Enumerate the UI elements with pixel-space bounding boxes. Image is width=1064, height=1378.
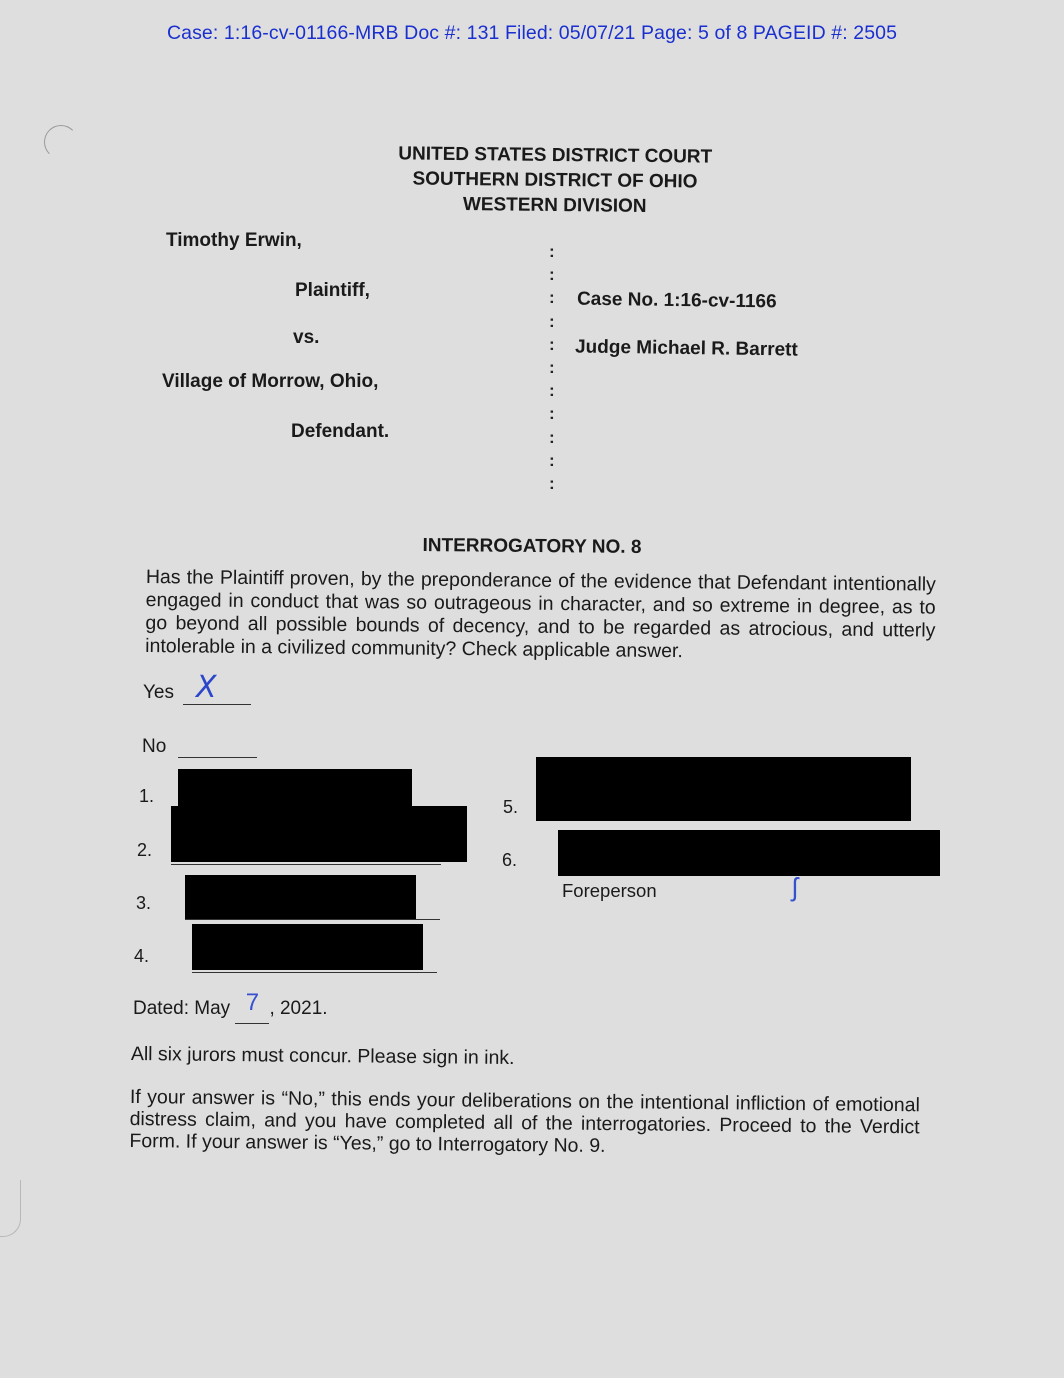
- juror-signature-redacted: [192, 924, 423, 970]
- caption-divider: : : : : : : : : : : :: [549, 240, 563, 495]
- juror-number: 1.: [139, 786, 154, 807]
- answer-no-label: No: [142, 736, 166, 758]
- versus: vs.: [293, 327, 319, 349]
- juror-signature-redacted: [171, 806, 467, 862]
- signature-line: [192, 972, 437, 973]
- juror-number: 4.: [134, 946, 149, 967]
- interrogatory-question: Has the Plaintiff proven, by the prepond…: [145, 566, 936, 666]
- judge-name: Judge Michael R. Barrett: [575, 336, 798, 361]
- court-heading: UNITED STATES DISTRICT COURT SOUTHERN DI…: [355, 141, 756, 220]
- concur-instruction: All six jurors must concur. Please sign …: [131, 1043, 515, 1069]
- signature-line: [185, 919, 440, 920]
- case-number: Case No. 1:16-cv-1166: [577, 289, 777, 314]
- juror-number: 2.: [137, 840, 152, 861]
- juror-number: 3.: [136, 893, 151, 914]
- dated-prefix: Dated: May: [133, 998, 230, 1019]
- juror-signature-redacted: [178, 769, 412, 807]
- foreperson-label: Foreperson: [562, 880, 657, 902]
- page-edge-mark: [0, 1180, 21, 1237]
- plaintiff-name: Timothy Erwin,: [166, 230, 302, 252]
- juror-signature-redacted: [536, 757, 911, 821]
- dated-suffix: , 2021.: [269, 998, 327, 1019]
- next-steps-instruction: If your answer is “No,” this ends your d…: [129, 1086, 920, 1160]
- court-district: SOUTHERN DISTRICT OF OHIO: [355, 166, 755, 195]
- juror-number: 5.: [503, 797, 518, 818]
- defendant-name: Village of Morrow, Ohio,: [162, 371, 378, 393]
- filing-stamp: Case: 1:16-cv-01166-MRB Doc #: 131 Filed…: [0, 22, 1064, 45]
- answer-no-blank[interactable]: [178, 757, 257, 758]
- signature-line: [171, 864, 441, 865]
- dated-line: Dated: May 7 , 2021.: [133, 993, 328, 1022]
- dated-day: 7: [246, 989, 259, 1016]
- dated-day-blank[interactable]: 7: [235, 995, 269, 1024]
- answer-yes-mark: X: [196, 670, 217, 705]
- answer-yes-label: Yes: [143, 682, 174, 704]
- court-division: WESTERN DIVISION: [355, 191, 755, 220]
- interrogatory-title: INTERROGATORY NO. 8: [0, 531, 1064, 562]
- foreperson-signature-redacted: [558, 830, 940, 876]
- juror-signature-redacted: [185, 875, 416, 919]
- punch-hole-mark: [44, 125, 78, 159]
- defendant-role: Defendant.: [291, 421, 389, 443]
- juror-number: 6.: [502, 850, 517, 871]
- answer-yes-blank[interactable]: [183, 704, 251, 705]
- plaintiff-role: Plaintiff,: [295, 280, 370, 302]
- signature-ink-trace: ʃ: [792, 872, 798, 903]
